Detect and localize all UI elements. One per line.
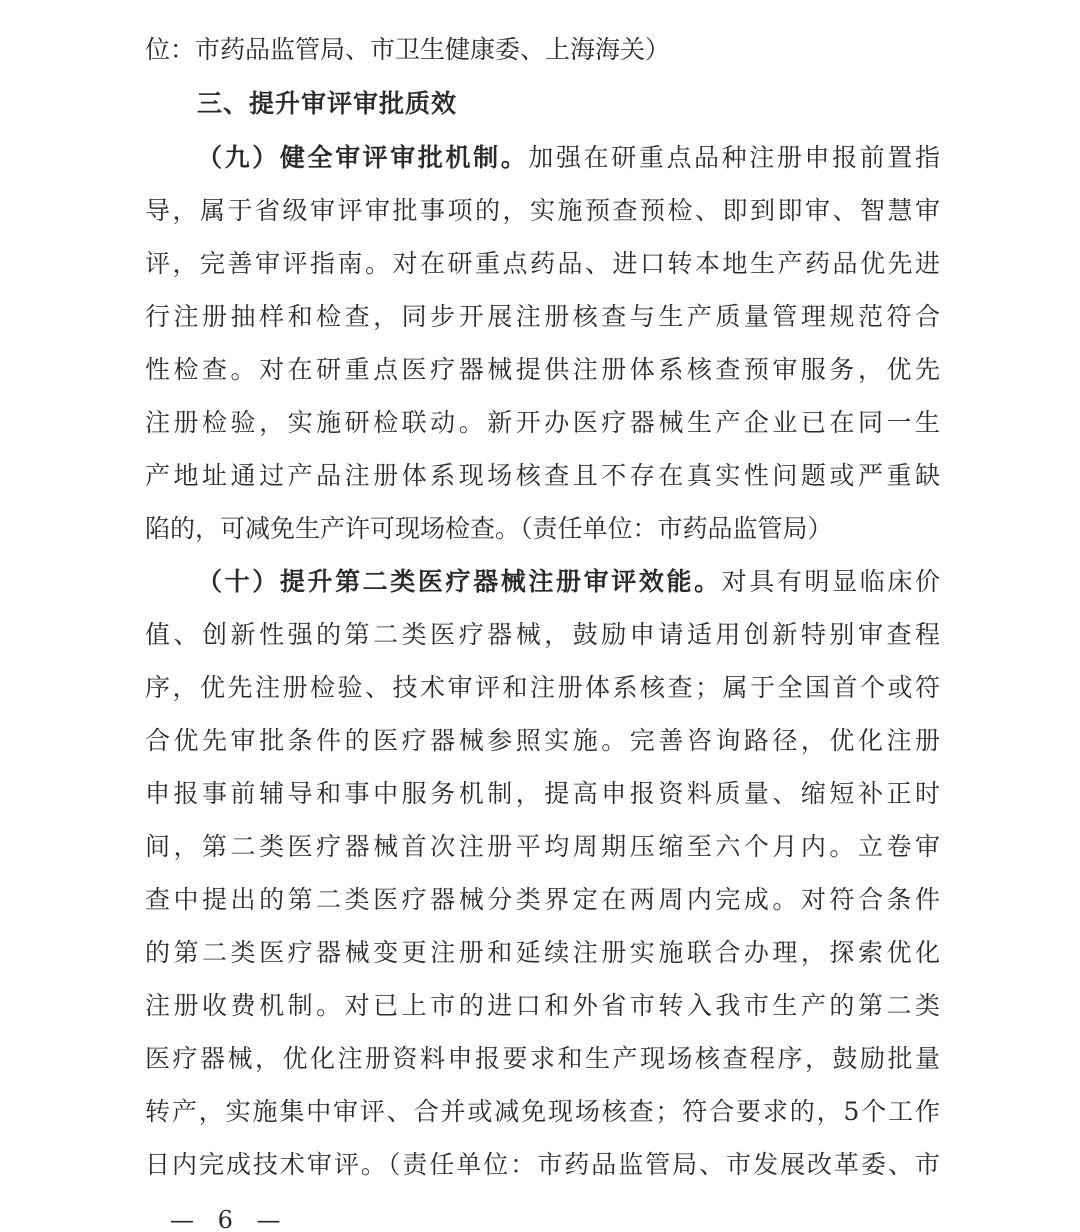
item-9-text: 加强在研重点品种注册申报前置指: [528, 143, 940, 172]
text-line: 导，属于省级审评审批事项的，实施预查预检、即到即审、智慧审: [145, 191, 940, 231]
text-line: 陷的，可减免生产许可现场检查。（责任单位：市药品监管局）: [145, 509, 940, 549]
text-line: 日内完成技术审评。（责任单位：市药品监管局、市发展改革委、市: [145, 1145, 940, 1185]
item-10-text: 对具有明显临床价: [722, 567, 940, 596]
section-heading: 三、提升审评审批质效: [197, 84, 940, 124]
text-line: 注册检验，实施研检联动。新开办医疗器械生产企业已在同一生: [145, 403, 940, 443]
text-line: 查中提出的第二类医疗器械分类界定在两周内完成。对符合条件: [145, 880, 940, 920]
text-line: 转产，实施集中审评、合并或减免现场核查；符合要求的，5个工作: [145, 1092, 940, 1132]
paragraph-item-10-first-line: （十）提升第二类医疗器械注册审评效能。对具有明显临床价: [197, 562, 940, 602]
page-number: — 6 —: [170, 1200, 289, 1232]
text-line: 性检查。对在研重点医疗器械提供注册体系核查预审服务，优先: [145, 350, 940, 390]
text-line: 间，第二类医疗器械首次注册平均周期压缩至六个月内。立卷审: [145, 827, 940, 867]
text-line: 值、创新性强的第二类医疗器械，鼓励申请适用创新特别审查程: [145, 615, 940, 655]
document-page: 位：市药品监管局、市卫生健康委、上海海关） 三、提升审评审批质效 （九）健全审评…: [0, 0, 1080, 1232]
item-10-title: （十）提升第二类医疗器械注册审评效能。: [197, 567, 722, 596]
text-line: 产地址通过产品注册体系现场核查且不存在真实性问题或严重缺: [145, 456, 940, 496]
text-line: 行注册抽样和检查，同步开展注册核查与生产质量管理规范符合: [145, 297, 940, 337]
text-line: 序，优先注册检验、技术审评和注册体系核查；属于全国首个或符: [145, 668, 940, 708]
text-line: 注册收费机制。对已上市的进口和外省市转入我市生产的第二类: [145, 986, 940, 1026]
paragraph-item-9-first-line: （九）健全审评审批机制。加强在研重点品种注册申报前置指: [197, 138, 940, 178]
text-line: 位：市药品监管局、市卫生健康委、上海海关）: [145, 30, 940, 70]
text-line: 合优先审批条件的医疗器械参照实施。完善咨询路径，优化注册: [145, 721, 940, 761]
text-line: 医疗器械，优化注册资料申报要求和生产现场核查程序，鼓励批量: [145, 1039, 940, 1079]
text-line: 的第二类医疗器械变更注册和延续注册实施联合办理，探索优化: [145, 933, 940, 973]
item-9-title: （九）健全审评审批机制。: [197, 143, 528, 172]
text-line: 评，完善审评指南。对在研重点药品、进口转本地生产药品优先进: [145, 244, 940, 284]
text-line: 申报事前辅导和事中服务机制，提高申报资料质量、缩短补正时: [145, 774, 940, 814]
